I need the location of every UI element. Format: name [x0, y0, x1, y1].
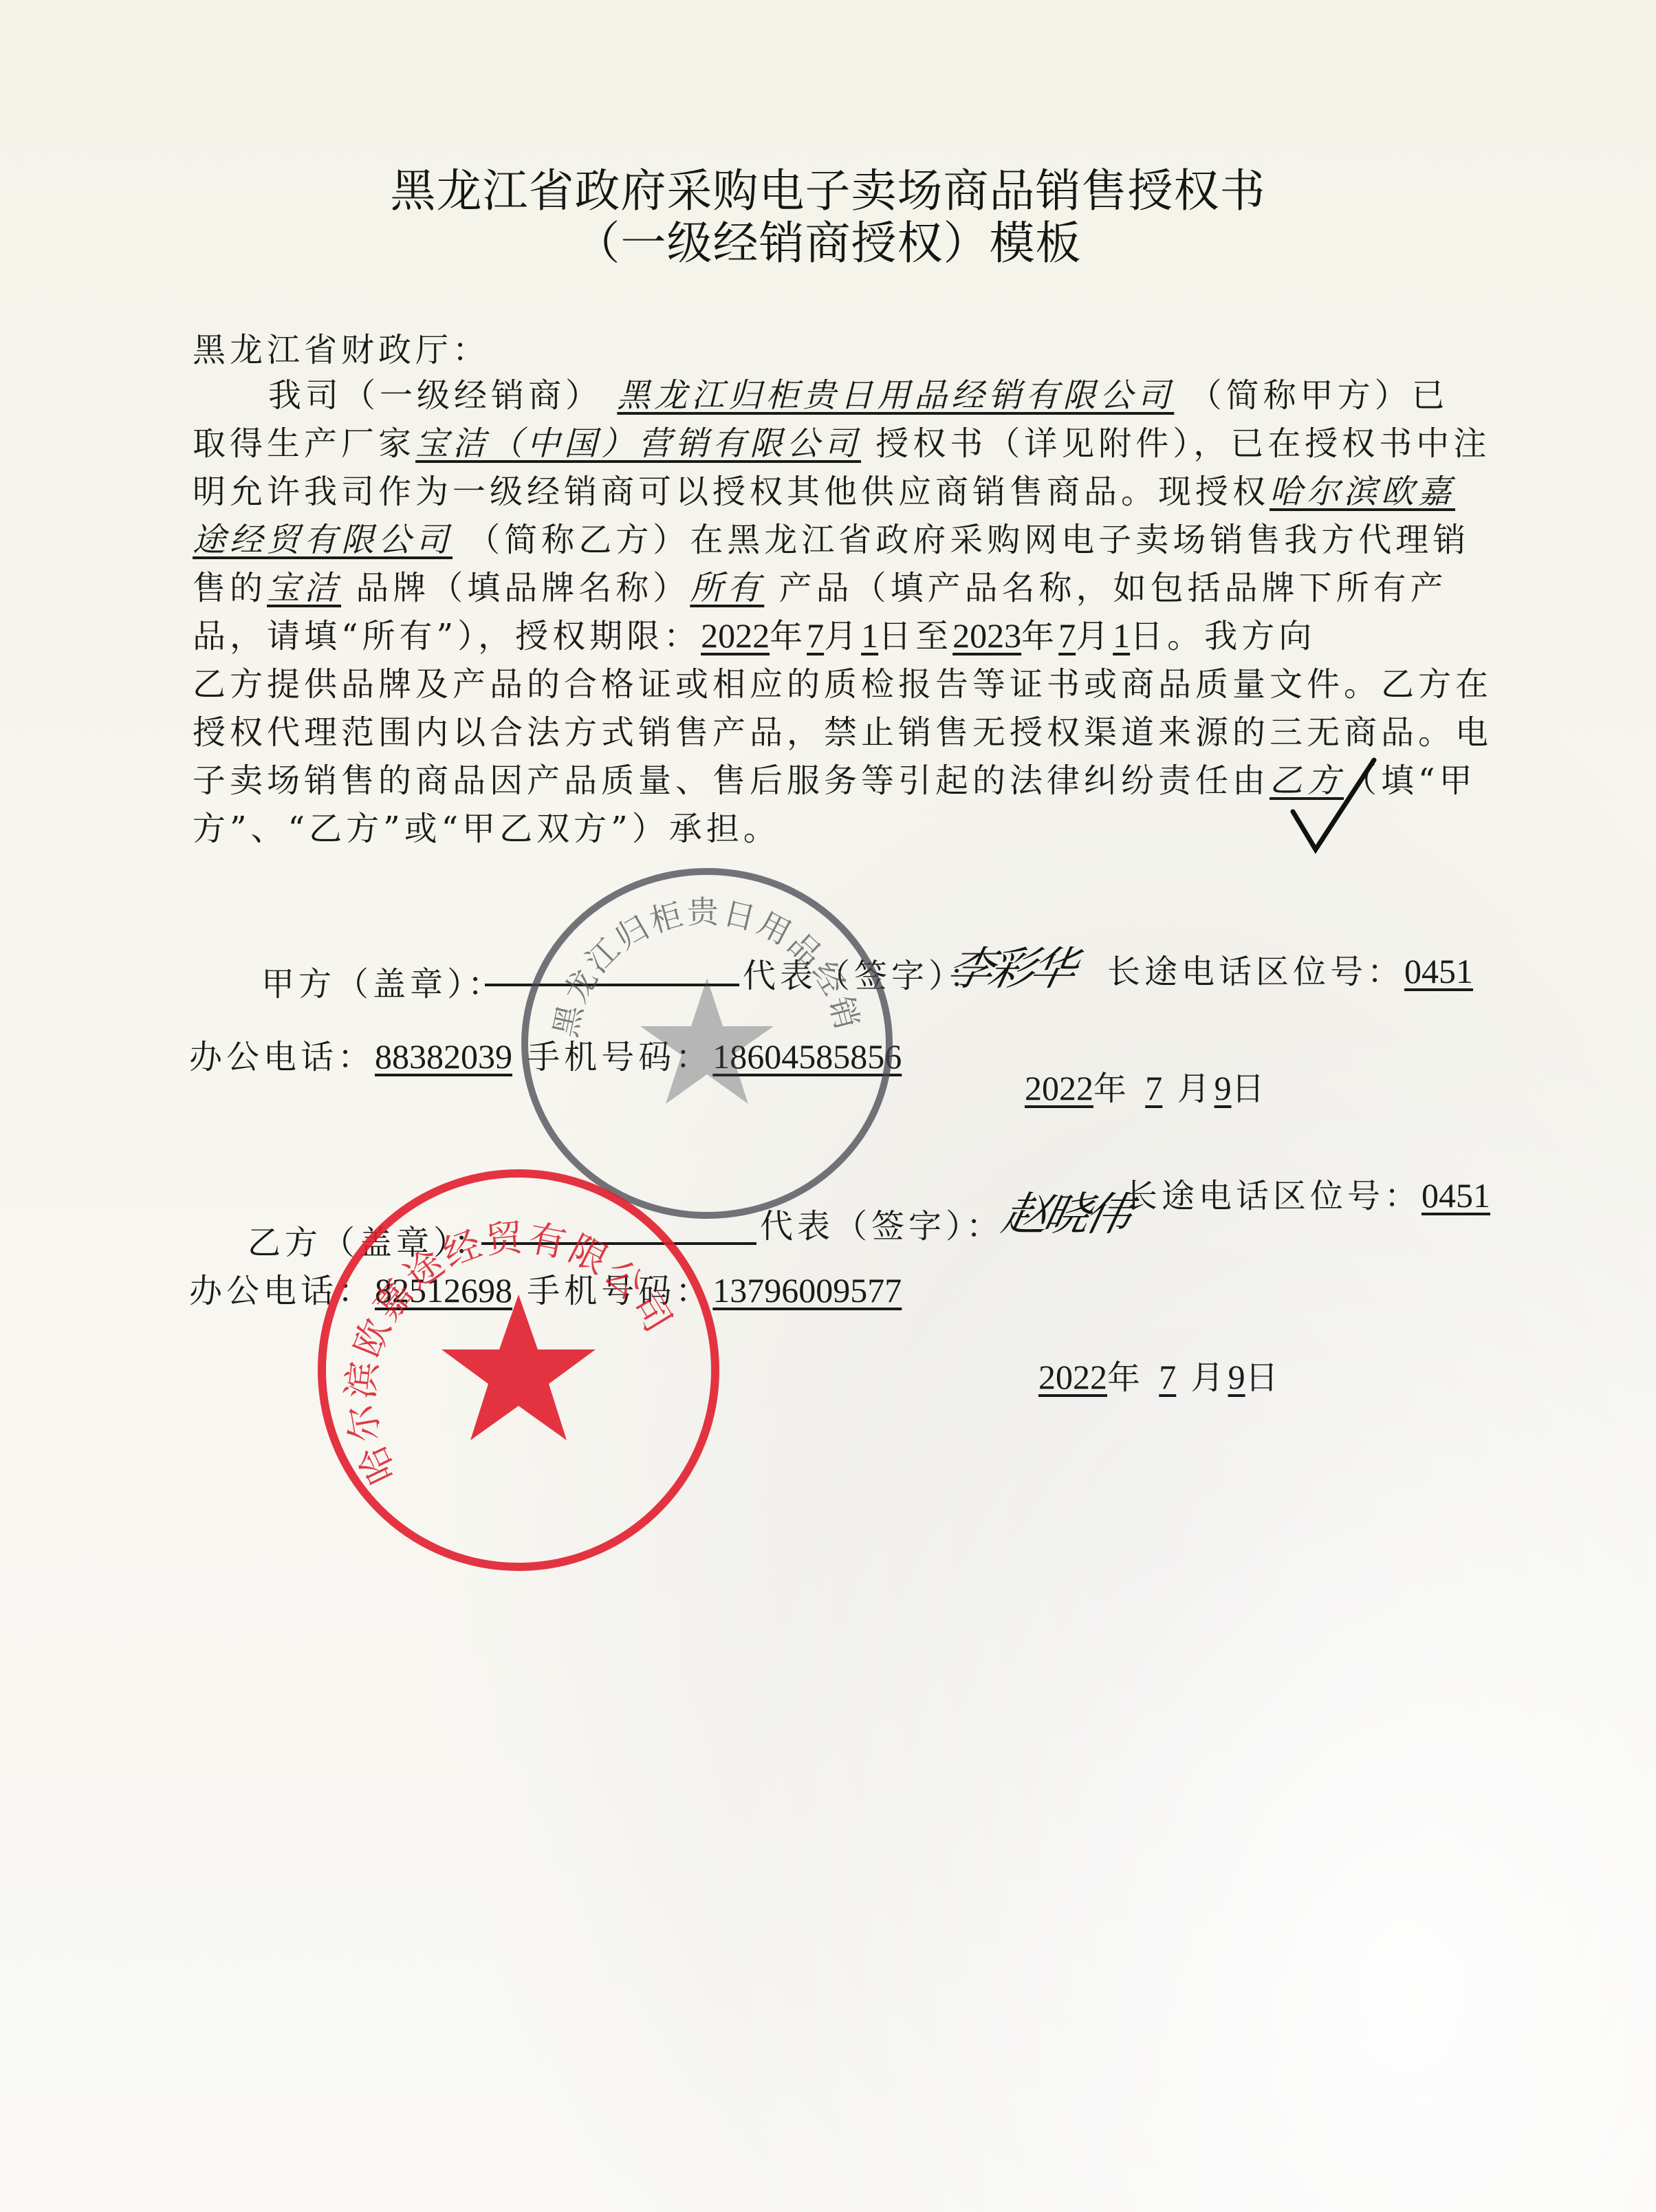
party-a-signature: 李彩华 — [942, 932, 1080, 997]
office-phone-value: 88382039 — [375, 1037, 512, 1076]
body-line-2: 取得生产厂家宝洁（中国）营销有限公司 授权书（详见附件），已在授权书中注 — [193, 417, 1490, 464]
body-text: （简称乙方）在黑龙江省政府采购网电子卖场销售我方代理销 — [467, 521, 1470, 559]
body-text: 我方向 — [1204, 617, 1316, 655]
unit-text: 日。 — [1130, 617, 1204, 655]
body-text: 子卖场销售的商品因产品质量、售后服务等引起的法律纠纷责任由 — [193, 761, 1270, 800]
addressee: 黑龙江省财政厅： — [193, 323, 490, 371]
body-text: 授权书（详见附件），已在授权书中注 — [875, 424, 1490, 463]
body-text: 售的 — [193, 569, 267, 607]
manufacturer-field: 宝洁（中国）营销有限公司 — [415, 424, 861, 463]
date-day: 9 — [1228, 1358, 1245, 1396]
unit-text: 月 — [1076, 617, 1113, 655]
unit-text: 年 — [1107, 1358, 1144, 1397]
unit-text: 月 — [1191, 1358, 1228, 1397]
mobile-value: 13796009577 — [712, 1271, 902, 1310]
party-b-area-code: 长途电话区位号：0451 — [1124, 1169, 1490, 1217]
unit-text: 年 — [1021, 617, 1058, 655]
start-month-field: 7 — [807, 616, 824, 655]
body-line-7: 乙方提供品牌及产品的合格证或相应的质检报告等证书或商品质量文件。乙方在 — [193, 658, 1492, 705]
authorized-party-field-cont: 途经贸有限公司 — [193, 521, 453, 559]
products-field: 所有 — [690, 569, 764, 607]
date-month: 7 — [1145, 1069, 1162, 1107]
party-a-seal-label: 甲方（盖章）： — [261, 957, 505, 1005]
unit-text: 月 — [1177, 1070, 1214, 1108]
party-a-company-seal: 黑龙江归柜贵日用品经销有限公司 — [521, 868, 893, 1219]
body-line-4: 途经贸有限公司 （简称乙方）在黑龙江省政府采购网电子卖场销售我方代理销 — [193, 513, 1470, 561]
distributor-name-field: 黑龙江归柜贵日用品经销有限公司 — [617, 376, 1174, 415]
area-code-value: 0451 — [1421, 1176, 1490, 1215]
checkmark-icon — [1278, 757, 1381, 860]
unit-text: 年 — [1093, 1070, 1131, 1108]
body-line-1: 我司（一级经销商） 黑龙江归柜贵日用品经销有限公司 （简称甲方）已 — [268, 369, 1449, 416]
body-line-6: 品，请填“所有”），授权期限：2022年7月1日至2023年7月1日。我方向 — [193, 609, 1316, 657]
party-a-date: 2022年 7 月9日 — [1025, 1062, 1269, 1109]
body-line-3: 明允许我司作为一级经销商可以授权其他供应商销售商品。现授权哈尔滨欧嘉 — [193, 465, 1455, 512]
party-b-signature: 赵晓伟 — [997, 1178, 1135, 1243]
office-phone-label: 办公电话： — [189, 1038, 375, 1076]
end-day-field: 1 — [1113, 616, 1130, 655]
seal-star-icon: 黑龙江归柜贵日用品经销有限公司 — [528, 875, 886, 1212]
body-text: 明允许我司作为一级经销商可以授权其他供应商销售商品。现授权 — [193, 473, 1270, 511]
date-month: 7 — [1159, 1358, 1176, 1396]
end-month-field: 7 — [1058, 616, 1076, 655]
date-year: 2022 — [1025, 1069, 1093, 1107]
body-text: 我司（一级经销商） — [268, 376, 602, 415]
party-b-company-seal: 哈尔滨欧嘉途经贸有限公司 — [318, 1169, 719, 1571]
unit-text: 日至 — [878, 617, 952, 655]
body-text: 品，请填“所有”），授权期限： — [193, 617, 701, 655]
body-text: （简称甲方）已 — [1189, 376, 1449, 415]
seal-star-icon: 哈尔滨欧嘉途经贸有限公司 — [326, 1178, 711, 1563]
body-text: 取得生产厂家 — [193, 424, 415, 463]
unit-text: 日 — [1232, 1070, 1269, 1108]
unit-text: 月 — [824, 617, 861, 655]
unit-text: 日 — [1245, 1358, 1283, 1397]
party-b-date: 2022年 7 月9日 — [1038, 1351, 1283, 1398]
area-code-value: 0451 — [1404, 952, 1473, 990]
end-year-field: 2023 — [952, 616, 1021, 655]
body-line-10: 方”、“乙方”或“甲乙双方”）承担。 — [193, 802, 781, 849]
area-code-label: 长途电话区位号： — [1107, 953, 1404, 991]
document-subtitle: （一级经销商授权）模板 — [0, 206, 1656, 272]
party-a-area-code: 长途电话区位号：0451 — [1107, 945, 1473, 993]
area-code-label: 长途电话区位号： — [1124, 1177, 1421, 1215]
start-year-field: 2022 — [701, 616, 770, 655]
unit-text: 年 — [770, 617, 807, 655]
brand-field: 宝洁 — [267, 569, 341, 607]
authorized-party-field: 哈尔滨欧嘉 — [1270, 473, 1455, 511]
body-line-5: 售的宝洁 品牌（填品牌名称）所有 产品（填产品名称，如包括品牌下所有产 — [193, 561, 1448, 609]
date-year: 2022 — [1038, 1358, 1107, 1396]
body-text: 品牌（填品牌名称） — [356, 569, 690, 607]
date-day: 9 — [1214, 1069, 1232, 1107]
body-text: 产品（填产品名称，如包括品牌下所有产 — [779, 569, 1448, 607]
start-day-field: 1 — [861, 616, 878, 655]
body-line-8: 授权代理范围内以合法方式销售产品，禁止销售无授权渠道来源的三无商品。电 — [193, 706, 1492, 753]
